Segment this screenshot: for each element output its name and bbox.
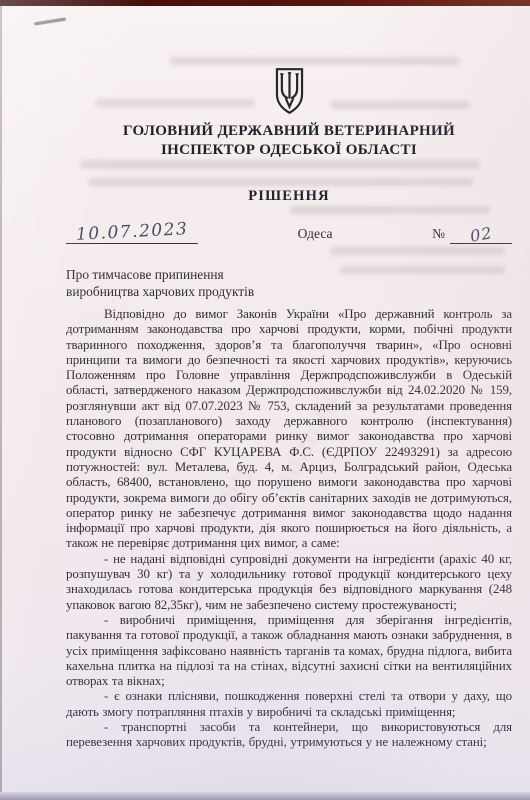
- subject-line-1: Про тимчасове припинення: [66, 266, 512, 283]
- document-content: ГОЛОВНИЙ ДЕРЖАВНИЙ ВЕТЕРИНАРНИЙ ІНСПЕКТО…: [0, 67, 530, 751]
- subject-block: Про тимчасове припинення виробництва хар…: [66, 266, 512, 300]
- handwritten-number: 02: [469, 223, 494, 246]
- header-title-line-2: ІНСПЕКТОР ОДЕСЬКОЇ ОБЛАСТІ: [66, 141, 512, 160]
- number-sign-label: №: [432, 226, 445, 244]
- handwritten-date: 10.07.2023: [75, 219, 188, 245]
- number-cell: № 02: [432, 224, 512, 244]
- doc-type-title: РІШЕННЯ: [66, 188, 512, 205]
- violation-item: - виробничі приміщення, приміщення для з…: [66, 613, 512, 689]
- date-city-number-row: 10.07.2023 Одеса № 02: [66, 222, 512, 244]
- violation-item: - транспортні засоби та контейнери, що в…: [66, 720, 512, 751]
- violation-item: - не надані відповідні супровідні докуме…: [66, 552, 512, 613]
- decision-body: Відповідно до вимог Законів України «Про…: [66, 307, 512, 751]
- city-label: Одеса: [198, 226, 432, 244]
- bleed-through-ghost-text: [170, 57, 460, 65]
- letterhead: ГОЛОВНИЙ ДЕРЖАВНИЙ ВЕТЕРИНАРНИЙ ІНСПЕКТО…: [66, 67, 512, 160]
- date-underline: 10.07.2023: [66, 222, 198, 244]
- number-underline: 02: [450, 224, 512, 244]
- violation-item: - є ознаки плісняви, пошкодження поверхн…: [66, 689, 512, 720]
- subject-line-2: виробництва харчових продуктів: [66, 283, 512, 300]
- photo-edge-top: [0, 0, 530, 6]
- body-paragraph: Відповідно до вимог Законів України «Про…: [66, 307, 512, 552]
- trident-emblem-icon: [273, 67, 306, 115]
- pen-mark: [34, 18, 66, 26]
- header-title-line-1: ГОЛОВНИЙ ДЕРЖАВНИЙ ВЕТЕРИНАРНИЙ: [66, 122, 512, 141]
- scanned-decision-document: ГОЛОВНИЙ ДЕРЖАВНИЙ ВЕТЕРИНАРНИЙ ІНСПЕКТО…: [0, 0, 530, 800]
- photo-edge-bottom: [0, 792, 530, 800]
